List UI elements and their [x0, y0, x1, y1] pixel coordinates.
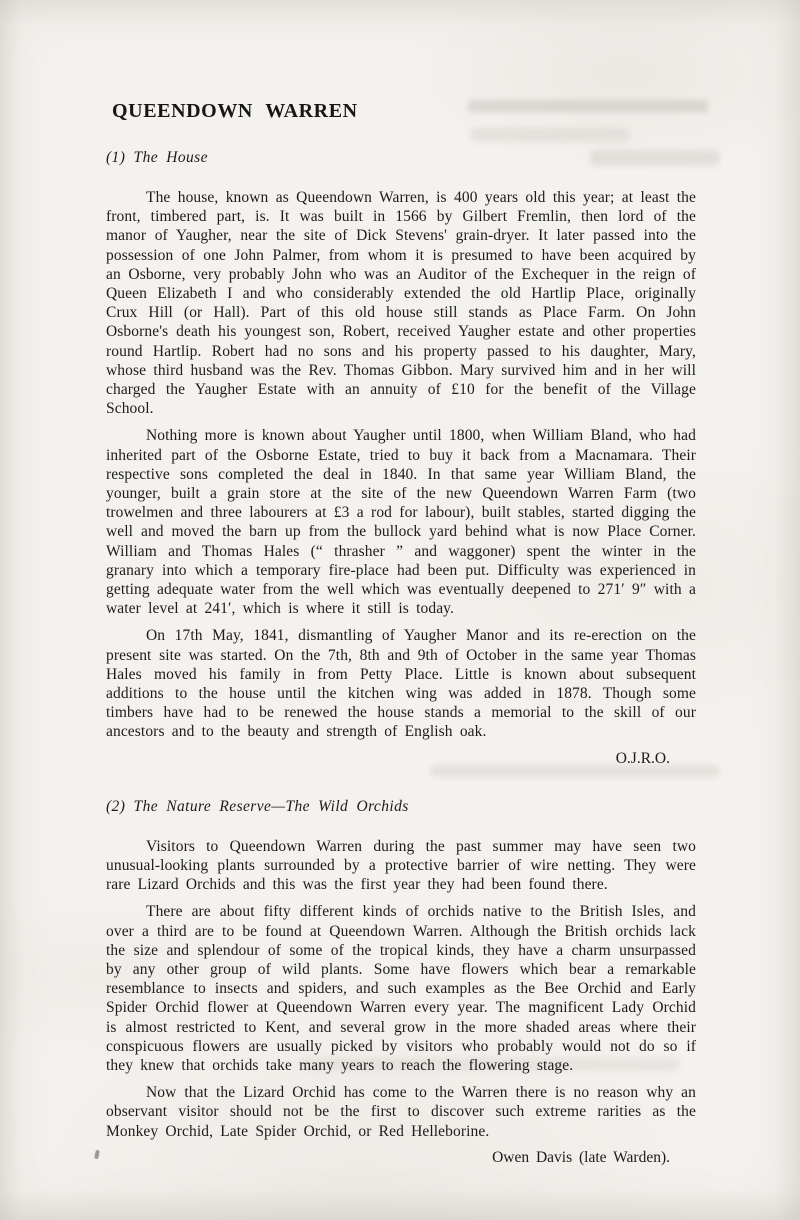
section-2-signature: Owen Davis (late Warden). [106, 1149, 670, 1167]
section-1-signature: O.J.R.O. [106, 750, 670, 768]
section-2-heading: (2) The Nature Reserve—The Wild Orchids [106, 798, 696, 816]
page-title: QUEENDOWN WARREN [112, 100, 696, 123]
scanned-document-page: QUEENDOWN WARREN (1) The House The house… [0, 0, 800, 1220]
section-1-paragraph-1: The house, known as Queendown Warren, is… [106, 188, 696, 418]
section-2-paragraph-2: There are about fifty different kinds of… [106, 902, 696, 1075]
section-1-heading: (1) The House [106, 149, 696, 167]
section-1-paragraph-2: Nothing more is known about Yaugher unti… [106, 426, 696, 618]
section-1-paragraph-3: On 17th May, 1841, dismantling of Yaughe… [106, 626, 696, 741]
article: QUEENDOWN WARREN (1) The House The house… [0, 0, 800, 1167]
section-2-paragraph-1: Visitors to Queendown Warren during the … [106, 837, 696, 895]
section-2-paragraph-3: Now that the Lizard Orchid has come to t… [106, 1083, 696, 1141]
